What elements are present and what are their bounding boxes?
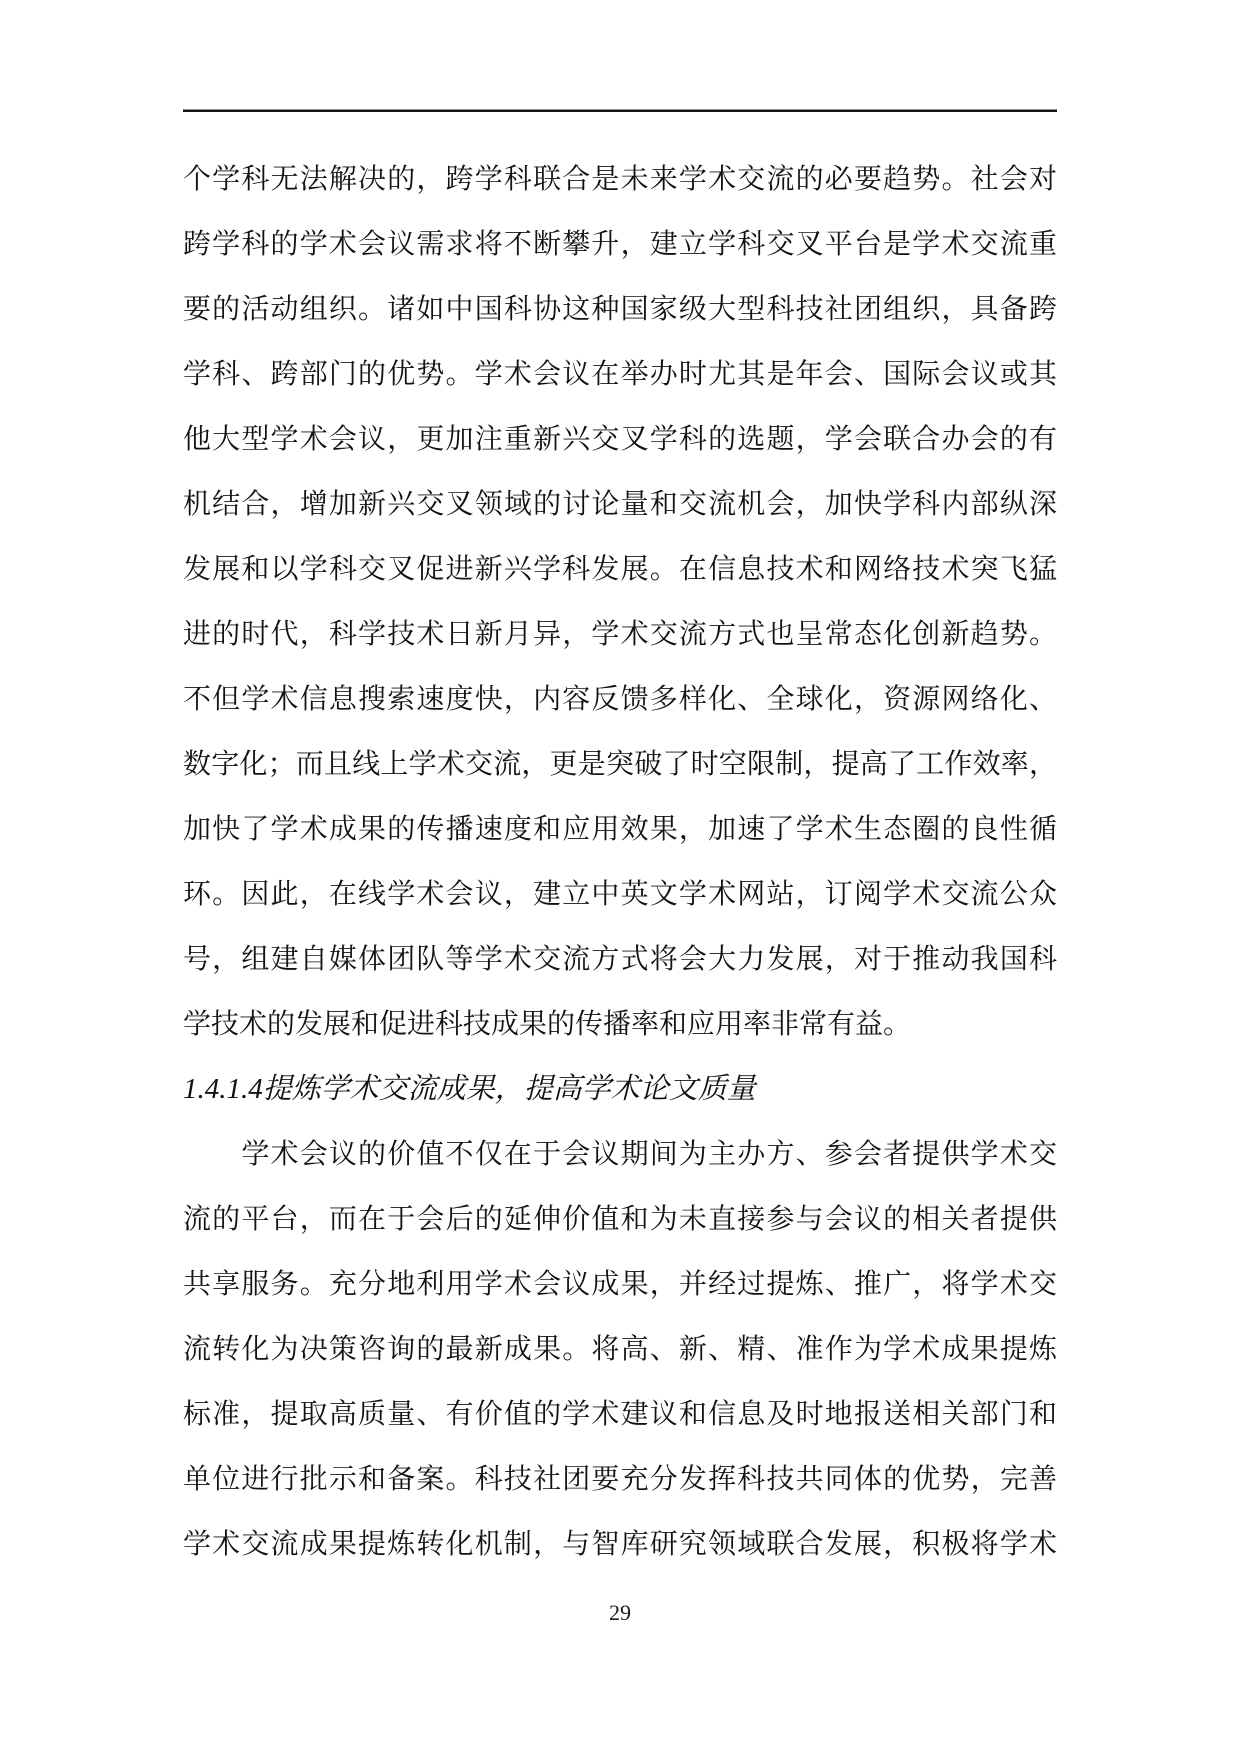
text-line: 他大型学术会议，更加注重新兴交叉学科的选题，学会联合办会的有 (183, 407, 1057, 472)
text-line: 号，组建自媒体团队等学术交流方式将会大力发展，对于推动我国科 (183, 927, 1057, 992)
text-line: 学术会议的价值不仅在于会议期间为主办方、参会者提供学术交 (183, 1122, 1057, 1187)
text-line: 环。因此，在线学术会议，建立中英文学术网站，订阅学术交流公众 (183, 862, 1057, 927)
section-heading: 1.4.1.4提炼学术交流成果，提高学术论文质量 (183, 1057, 1057, 1122)
text-line: 机结合，增加新兴交叉领域的讨论量和交流机会，加快学科内部纵深 (183, 472, 1057, 537)
text-line: 流的平台，而在于会后的延伸价值和为未直接参与会议的相关者提供 (183, 1187, 1057, 1252)
text-line: 数字化；而且线上学术交流，更是突破了时空限制，提高了工作效率， (183, 732, 1057, 797)
text-line: 学技术的发展和促进科技成果的传播率和应用率非常有益。 (183, 992, 1057, 1057)
page-body: 个学科无法解决的，跨学科联合是未来学术交流的必要趋势。社会对跨学科的学术会议需求… (183, 147, 1057, 1577)
text-line: 学术交流成果提炼转化机制，与智库研究领域联合发展，积极将学术 (183, 1512, 1057, 1577)
text-line: 流转化为决策咨询的最新成果。将高、新、精、准作为学术成果提炼 (183, 1317, 1057, 1382)
page-number: 29 (609, 1600, 631, 1625)
paragraph-2: 学术会议的价值不仅在于会议期间为主办方、参会者提供学术交流的平台，而在于会后的延… (183, 1122, 1057, 1577)
text-line: 共享服务。充分地利用学术会议成果，并经过提炼、推广，将学术交 (183, 1252, 1057, 1317)
text-line: 学科、跨部门的优势。学术会议在举办时尤其是年会、国际会议或其 (183, 342, 1057, 407)
text-line: 要的活动组织。诸如中国科协这种国家级大型科技社团组织，具备跨 (183, 277, 1057, 342)
header-rule (183, 109, 1057, 112)
text-line: 加快了学术成果的传播速度和应用效果，加速了学术生态圈的良性循 (183, 797, 1057, 862)
text-line: 跨学科的学术会议需求将不断攀升，建立学科交叉平台是学术交流重 (183, 212, 1057, 277)
text-line: 进的时代，科学技术日新月异，学术交流方式也呈常态化创新趋势。 (183, 602, 1057, 667)
text-line: 发展和以学科交叉促进新兴学科发展。在信息技术和网络技术突飞猛 (183, 537, 1057, 602)
document-page: 个学科无法解决的，跨学科联合是未来学术交流的必要趋势。社会对跨学科的学术会议需求… (0, 0, 1240, 1753)
text-line: 单位进行批示和备案。科技社团要充分发挥科技共同体的优势，完善 (183, 1447, 1057, 1512)
page-footer: 29 (183, 1598, 1057, 1628)
text-line: 个学科无法解决的，跨学科联合是未来学术交流的必要趋势。社会对 (183, 147, 1057, 212)
text-line: 不但学术信息搜索速度快，内容反馈多样化、全球化，资源网络化、 (183, 667, 1057, 732)
paragraph-1: 个学科无法解决的，跨学科联合是未来学术交流的必要趋势。社会对跨学科的学术会议需求… (183, 147, 1057, 1057)
text-line: 标准，提取高质量、有价值的学术建议和信息及时地报送相关部门和 (183, 1382, 1057, 1447)
